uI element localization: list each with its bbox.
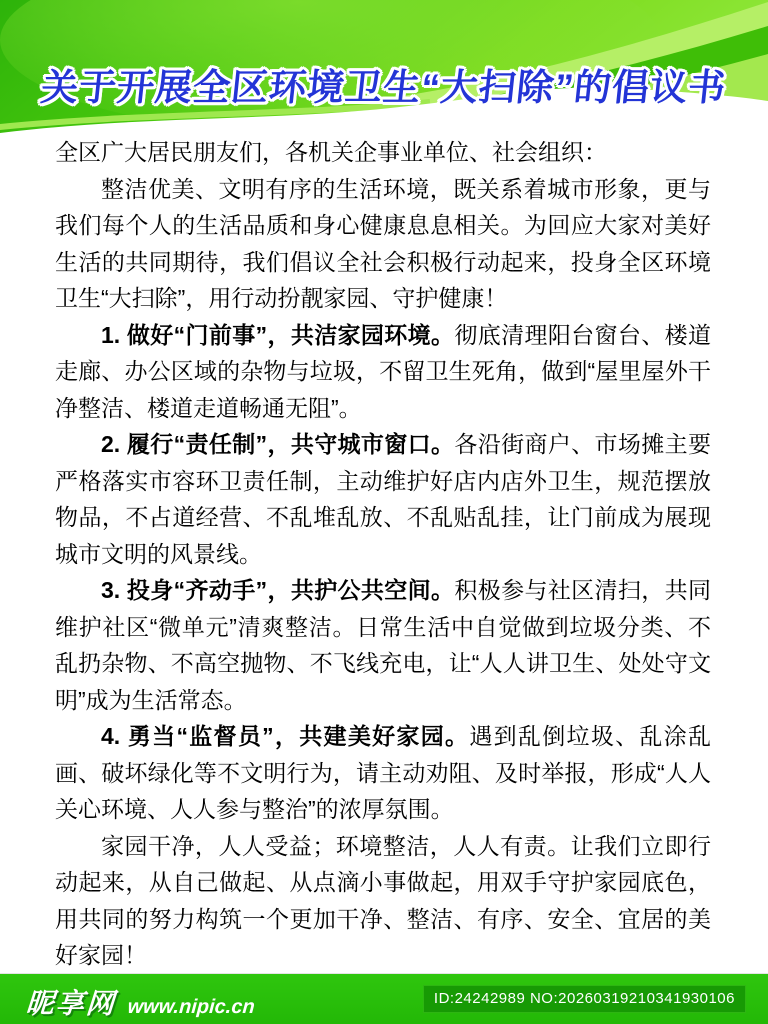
- poster-page: 关于开展全区环境卫生“大扫除”的倡议书 全区广大居民朋友们，各机关企事业单位、社…: [0, 0, 768, 1024]
- page-title: 关于开展全区环境卫生“大扫除”的倡议书: [0, 57, 768, 111]
- header-banner: 关于开展全区环境卫生“大扫除”的倡议书: [0, 0, 768, 150]
- salutation: 全区广大居民朋友们，各机关企事业单位、社会组织：: [55, 134, 711, 171]
- body-paragraphs: 整洁优美、文明有序的生活环境，既关系着城市形象，更与我们每个人的生活品质和身心健…: [55, 171, 711, 974]
- paragraph: 2. 履行“责任制”，共守城市窗口。各沿街商户、市场摊主要严格落实市容环卫责任制…: [55, 426, 711, 572]
- paragraph: 家园干净，人人受益；环境整洁，人人有责。让我们立即行动起来，从自己做起、从点滴小…: [55, 828, 711, 974]
- paragraph: 4. 勇当“监督员”，共建美好家园。遇到乱倒垃圾、乱涂乱画、破坏绿化等不文明行为…: [55, 718, 711, 828]
- paragraph-lead: 3. 投身“齐动手”，共护公共空间。: [101, 577, 454, 603]
- footer-bar: 昵享网 www.nipic.cn ID:24242989 NO:20260319…: [0, 973, 768, 1024]
- paragraph-lead: 4. 勇当“监督员”，共建美好家园。: [101, 723, 469, 749]
- paragraph-text: 整洁优美、文明有序的生活环境，既关系着城市形象，更与我们每个人的生活品质和身心健…: [55, 176, 711, 312]
- site-logo: 昵享网 www.nipic.cn: [25, 982, 257, 1022]
- paragraph-lead: 1. 做好“门前事”，共洁家园环境。: [101, 322, 454, 348]
- site-name: 昵享网: [25, 982, 118, 1022]
- site-url: www.nipic.cn: [127, 996, 256, 1019]
- paragraph-lead: 2. 履行“责任制”，共守城市窗口。: [101, 431, 454, 457]
- paragraph: 3. 投身“齐动手”，共护公共空间。积极参与社区清扫，共同维护社区“微单元”清爽…: [55, 572, 711, 718]
- body-text: 全区广大居民朋友们，各机关企事业单位、社会组织： 整洁优美、文明有序的生活环境，…: [55, 134, 711, 974]
- image-id-badge: ID:24242989 NO:20260319210341930106: [423, 985, 746, 1013]
- paragraph-text: 家园干净，人人受益；环境整洁，人人有责。让我们立即行动起来，从自己做起、从点滴小…: [55, 833, 711, 969]
- paragraph: 1. 做好“门前事”，共洁家园环境。彻底清理阳台窗台、楼道走廊、办公区域的杂物与…: [55, 317, 711, 427]
- paragraph: 整洁优美、文明有序的生活环境，既关系着城市形象，更与我们每个人的生活品质和身心健…: [55, 171, 711, 317]
